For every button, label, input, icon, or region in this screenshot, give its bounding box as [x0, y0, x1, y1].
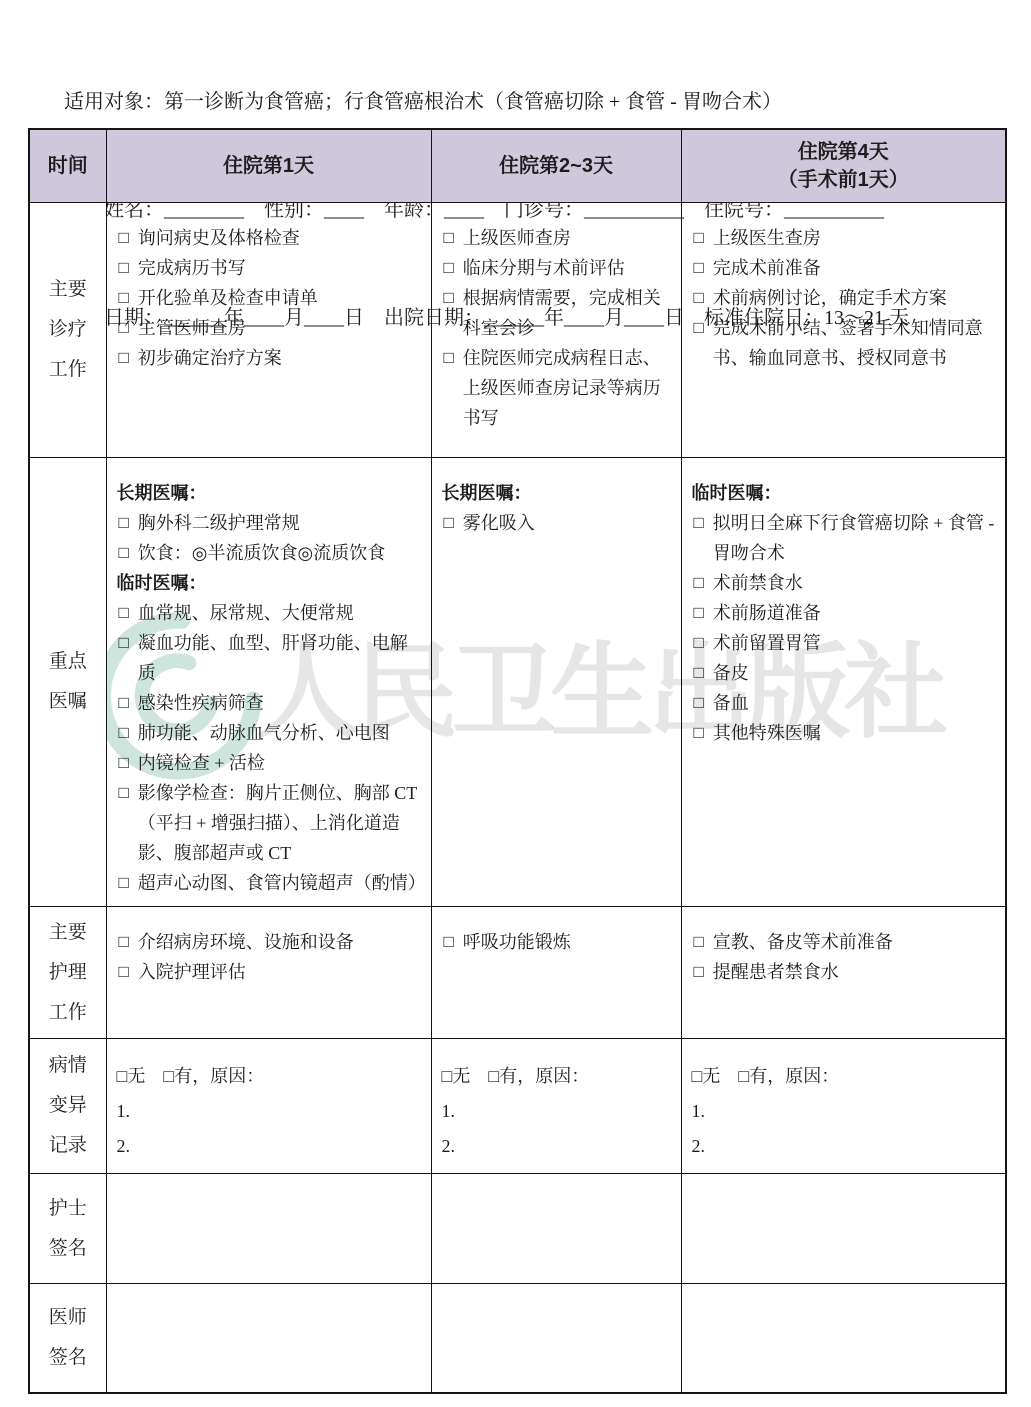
checklist-item: □主管医师查房 — [117, 313, 426, 343]
checkbox-icon: □ — [694, 253, 704, 283]
checkbox-icon: □ — [119, 313, 129, 343]
text-line: 2. — [692, 1129, 1001, 1164]
checklist-item: □完成术前准备 — [692, 253, 1001, 283]
table-row: 护士 签名 — [29, 1174, 1006, 1284]
cell-day4: □上级医生查房□完成术前准备□术前病例讨论，确定手术方案□完成术前小结、签署手术… — [681, 203, 1006, 458]
checklist-item-label: 完成术前小结、签署手术知情同意书、输血同意书、授权同意书 — [713, 313, 1000, 373]
checklist-item-label: 提醒患者禁食水 — [713, 957, 1000, 987]
orders-heading: 临时医嘱： — [117, 568, 426, 598]
checkbox-icon: □ — [119, 253, 129, 283]
checklist-item-label: 影像学检查：胸片正侧位、胸部 CT（平扫 + 增强扫描）、上消化道造影、腹部超声… — [138, 778, 426, 868]
text-line: □无 □有，原因： — [117, 1059, 426, 1094]
checkbox-icon: □ — [119, 628, 129, 688]
table-row: 主要 护理 工作□介绍病房环境、设施和设备□入院护理评估□呼吸功能锻炼□宣教、备… — [29, 907, 1006, 1039]
checkbox-icon: □ — [694, 568, 704, 598]
checklist-item-label: 超声心动图、食管内镜超声（酌情） — [138, 868, 426, 898]
text-line: □无 □有，原因： — [692, 1059, 1001, 1094]
checklist-item-label: 入院护理评估 — [138, 957, 426, 987]
checkbox-icon: □ — [119, 957, 129, 987]
checklist-item-label: 完成术前准备 — [713, 253, 1000, 283]
checklist-item: □入院护理评估 — [117, 957, 426, 987]
checklist-item: □完成病历书写 — [117, 253, 426, 283]
table-row: 医师 签名 — [29, 1284, 1006, 1393]
checkbox-icon: □ — [119, 927, 129, 957]
checkbox-icon: □ — [119, 283, 129, 313]
checkbox-icon: □ — [444, 253, 454, 283]
row-label: 重点 医嘱 — [29, 458, 106, 907]
cell-day1: □无 □有，原因：1.2. — [106, 1039, 431, 1174]
checklist-item-label: 术前留置胃管 — [713, 628, 1000, 658]
checklist-item-label: 完成病历书写 — [138, 253, 426, 283]
checklist-item: □内镜检查 + 活检 — [117, 748, 426, 778]
checklist-item-label: 内镜检查 + 活检 — [138, 748, 426, 778]
checklist-item-label: 其他特殊医嘱 — [713, 718, 1000, 748]
checklist-item-label: 住院医师完成病程日志、上级医师查房记录等病历书写 — [463, 343, 676, 433]
cell-day1: 长期医嘱：□胸外科二级护理常规□饮食：◎半流质饮食◎流质饮食临时医嘱：□血常规、… — [106, 458, 431, 907]
cell-day1 — [106, 1284, 431, 1393]
cell-day2-3: 长期医嘱：□雾化吸入 — [431, 458, 681, 907]
checklist-item-label: 术前禁食水 — [713, 568, 1000, 598]
checklist-item-label: 临床分期与术前评估 — [463, 253, 676, 283]
orders-heading: 长期医嘱： — [442, 478, 676, 508]
clinical-pathway-table: 时间 住院第1天 住院第2~3天 住院第4天 （手术前1天） 主要 诊疗 工作□… — [28, 128, 1007, 1394]
text-line: 1. — [692, 1094, 1001, 1129]
checkbox-icon: □ — [119, 688, 129, 718]
col-header-day1: 住院第1天 — [106, 129, 431, 203]
checklist-item-label: 术前病例讨论，确定手术方案 — [713, 283, 1000, 313]
checkbox-icon: □ — [119, 598, 129, 628]
row-label: 护士 签名 — [29, 1174, 106, 1284]
cell-day4: □宣教、备皮等术前准备□提醒患者禁食水 — [681, 907, 1006, 1039]
col-header-time: 时间 — [29, 129, 106, 203]
checklist-item: □术前留置胃管 — [692, 628, 1001, 658]
checklist-item-label: 备皮 — [713, 658, 1000, 688]
checklist-item-label: 呼吸功能锻炼 — [463, 927, 676, 957]
checklist-item: □感染性疾病筛查 — [117, 688, 426, 718]
checklist-item: □初步确定治疗方案 — [117, 343, 426, 373]
checkbox-icon: □ — [694, 628, 704, 658]
orders-heading: 长期医嘱： — [117, 478, 426, 508]
checklist-item: □术前禁食水 — [692, 568, 1001, 598]
checklist-item-label: 介绍病房环境、设施和设备 — [138, 927, 426, 957]
checklist-item: □凝血功能、血型、肝肾功能、电解质 — [117, 628, 426, 688]
checkbox-icon: □ — [444, 223, 454, 253]
cell-day2-3 — [431, 1174, 681, 1284]
checklist-item-label: 主管医师查房 — [138, 313, 426, 343]
cell-day4 — [681, 1284, 1006, 1393]
checkbox-icon: □ — [694, 313, 704, 373]
orders-heading: 临时医嘱： — [692, 478, 1001, 508]
cell-day1 — [106, 1174, 431, 1284]
checklist-item-label: 胸外科二级护理常规 — [138, 508, 426, 538]
checkbox-icon: □ — [694, 927, 704, 957]
text-line: 1. — [117, 1094, 426, 1129]
document-page: 适用对象：第一诊断为食管癌；行食管癌根治术（食管癌切除 + 食管 - 胃吻合术）… — [0, 0, 1031, 1407]
checklist-item-label: 术前肠道准备 — [713, 598, 1000, 628]
text-line: □无 □有，原因： — [442, 1059, 676, 1094]
checklist-item-label: 宣教、备皮等术前准备 — [713, 927, 1000, 957]
checklist-item-label: 肺功能、动脉血气分析、心电图 — [138, 718, 426, 748]
checklist-item: □备皮 — [692, 658, 1001, 688]
cell-day4: □无 □有，原因：1.2. — [681, 1039, 1006, 1174]
checklist-item-label: 凝血功能、血型、肝肾功能、电解质 — [138, 628, 426, 688]
checklist-item-label: 雾化吸入 — [463, 508, 676, 538]
checklist-item: □其他特殊医嘱 — [692, 718, 1001, 748]
checklist-item: □胸外科二级护理常规 — [117, 508, 426, 538]
checklist-item: □开化验单及检查申请单 — [117, 283, 426, 313]
checkbox-icon: □ — [119, 868, 129, 898]
checkbox-icon: □ — [444, 927, 454, 957]
checklist-item: □术前病例讨论，确定手术方案 — [692, 283, 1001, 313]
checkbox-icon: □ — [444, 283, 454, 343]
checkbox-icon: □ — [694, 658, 704, 688]
cell-day2-3: □呼吸功能锻炼 — [431, 907, 681, 1039]
cell-day1: □介绍病房环境、设施和设备□入院护理评估 — [106, 907, 431, 1039]
checklist-item: □宣教、备皮等术前准备 — [692, 927, 1001, 957]
checkbox-icon: □ — [119, 778, 129, 868]
checkbox-icon: □ — [694, 508, 704, 568]
checklist-item-label: 上级医生查房 — [713, 223, 1000, 253]
checkbox-icon: □ — [119, 508, 129, 538]
checklist-item: □术前肠道准备 — [692, 598, 1001, 628]
row-label: 主要 护理 工作 — [29, 907, 106, 1039]
row-label: 医师 签名 — [29, 1284, 106, 1393]
cell-day4 — [681, 1174, 1006, 1284]
text-line: 2. — [442, 1129, 676, 1164]
checklist-item: □肺功能、动脉血气分析、心电图 — [117, 718, 426, 748]
checklist-item-label: 上级医师查房 — [463, 223, 676, 253]
checklist-item: □上级医师查房 — [442, 223, 676, 253]
cell-day4: 临时医嘱：□拟明日全麻下行食管癌切除 + 食管 - 胃吻合术□术前禁食水□术前肠… — [681, 458, 1006, 907]
checklist-item: □雾化吸入 — [442, 508, 676, 538]
cell-day2-3: □无 □有，原因：1.2. — [431, 1039, 681, 1174]
checklist-item: □备血 — [692, 688, 1001, 718]
checkbox-icon: □ — [694, 223, 704, 253]
checkbox-icon: □ — [444, 343, 454, 433]
checklist-item: □血常规、尿常规、大便常规 — [117, 598, 426, 628]
checklist-item-label: 拟明日全麻下行食管癌切除 + 食管 - 胃吻合术 — [713, 508, 1000, 568]
table-header-row: 时间 住院第1天 住院第2~3天 住院第4天 （手术前1天） — [29, 129, 1006, 203]
checklist-item: □饮食：◎半流质饮食◎流质饮食 — [117, 538, 426, 568]
checklist-item: □完成术前小结、签署手术知情同意书、输血同意书、授权同意书 — [692, 313, 1001, 373]
checklist-item: □上级医生查房 — [692, 223, 1001, 253]
checklist-item: □呼吸功能锻炼 — [442, 927, 676, 957]
checklist-item: □提醒患者禁食水 — [692, 957, 1001, 987]
checklist-item: □拟明日全麻下行食管癌切除 + 食管 - 胃吻合术 — [692, 508, 1001, 568]
row-label: 病情 变异 记录 — [29, 1039, 106, 1174]
checklist-item: □住院医师完成病程日志、上级医师查房记录等病历书写 — [442, 343, 676, 433]
checkbox-icon: □ — [694, 718, 704, 748]
checkbox-icon: □ — [444, 508, 454, 538]
cell-day1: □询问病史及体格检查□完成病历书写□开化验单及检查申请单□主管医师查房□初步确定… — [106, 203, 431, 458]
checklist-item-label: 血常规、尿常规、大便常规 — [138, 598, 426, 628]
checklist-item: □介绍病房环境、设施和设备 — [117, 927, 426, 957]
checkbox-icon: □ — [119, 343, 129, 373]
checklist-item: □影像学检查：胸片正侧位、胸部 CT（平扫 + 增强扫描）、上消化道造影、腹部超… — [117, 778, 426, 868]
checklist-item-label: 根据病情需要，完成相关科室会诊 — [463, 283, 676, 343]
checklist-item-label: 感染性疾病筛查 — [138, 688, 426, 718]
text-line: 1. — [442, 1094, 676, 1129]
col-header-day2-3: 住院第2~3天 — [431, 129, 681, 203]
checkbox-icon: □ — [119, 223, 129, 253]
checklist-item: □根据病情需要，完成相关科室会诊 — [442, 283, 676, 343]
checkbox-icon: □ — [119, 718, 129, 748]
cell-day2-3 — [431, 1284, 681, 1393]
checklist-item: □询问病史及体格检查 — [117, 223, 426, 253]
table-body: 主要 诊疗 工作□询问病史及体格检查□完成病历书写□开化验单及检查申请单□主管医… — [29, 203, 1006, 1393]
table-row: 病情 变异 记录□无 □有，原因：1.2.□无 □有，原因：1.2.□无 □有，… — [29, 1039, 1006, 1174]
row-label: 主要 诊疗 工作 — [29, 203, 106, 458]
table-row: 主要 诊疗 工作□询问病史及体格检查□完成病历书写□开化验单及检查申请单□主管医… — [29, 203, 1006, 458]
checklist-item-label: 饮食：◎半流质饮食◎流质饮食 — [138, 538, 426, 568]
checklist-item: □临床分期与术前评估 — [442, 253, 676, 283]
checklist-item: □超声心动图、食管内镜超声（酌情） — [117, 868, 426, 898]
checklist-item-label: 询问病史及体格检查 — [138, 223, 426, 253]
checklist-item-label: 开化验单及检查申请单 — [138, 283, 426, 313]
col-header-day4: 住院第4天 （手术前1天） — [681, 129, 1006, 203]
checklist-item-label: 初步确定治疗方案 — [138, 343, 426, 373]
checkbox-icon: □ — [694, 283, 704, 313]
applicable-subjects-line: 适用对象：第一诊断为食管癌；行食管癌根治术（食管癌切除 + 食管 - 胃吻合术） — [64, 84, 1011, 120]
checkbox-icon: □ — [694, 598, 704, 628]
cell-day2-3: □上级医师查房□临床分期与术前评估□根据病情需要，完成相关科室会诊□住院医师完成… — [431, 203, 681, 458]
checkbox-icon: □ — [694, 688, 704, 718]
checkbox-icon: □ — [694, 957, 704, 987]
checkbox-icon: □ — [119, 748, 129, 778]
checklist-item-label: 备血 — [713, 688, 1000, 718]
checkbox-icon: □ — [119, 538, 129, 568]
text-line: 2. — [117, 1129, 426, 1164]
table-row: 重点 医嘱长期医嘱：□胸外科二级护理常规□饮食：◎半流质饮食◎流质饮食临时医嘱：… — [29, 458, 1006, 907]
